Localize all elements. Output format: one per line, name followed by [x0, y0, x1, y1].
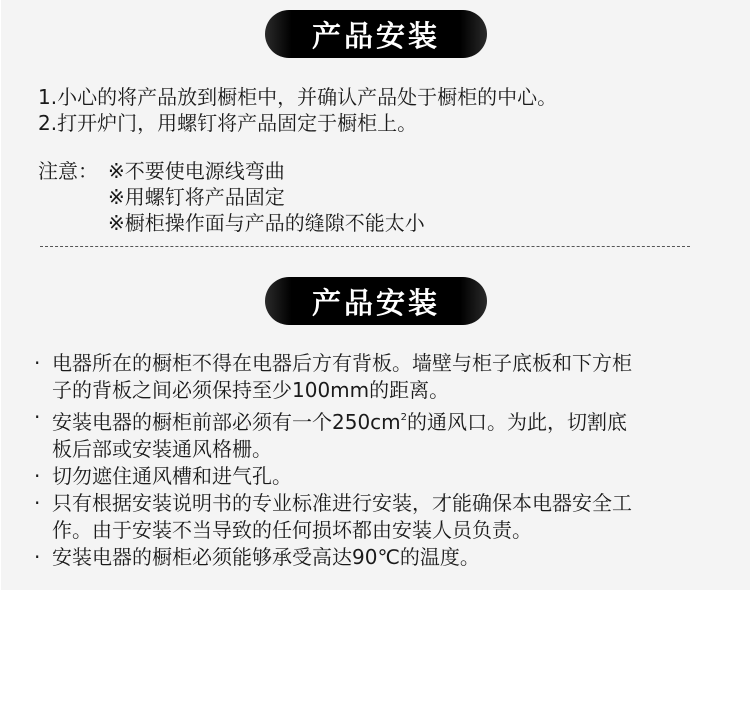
- list-item-text: 只有根据安装说明书的专业标准进行安装，才能确保本电器安全工: [52, 491, 632, 515]
- list-item-text: 安装电器的橱柜必须能够承受高达90℃的温度。: [52, 544, 702, 571]
- dashed-divider: [40, 246, 690, 247]
- bullet-icon: ·: [34, 544, 52, 571]
- section-title-badge: 产品安装: [265, 10, 487, 58]
- list-item-text: 安装电器的橱柜前部必须有一个250cm: [52, 410, 401, 434]
- list-item-text: 电器所在的橱柜不得在电器后方有背板。墙壁与柜子底板和下方柜: [52, 351, 632, 375]
- note-item: ※用螺钉将产品固定: [38, 184, 425, 210]
- step-item: 2.打开炉门，用螺钉将产品固定于橱柜上。: [38, 110, 557, 136]
- bullet-icon: ·: [34, 490, 52, 544]
- bullet-icon: ·: [34, 463, 52, 490]
- install-requirements-list: · 电器所在的橱柜不得在电器后方有背板。墙壁与柜子底板和下方柜 子的背板之间必须…: [34, 350, 702, 571]
- bullet-icon: ·: [34, 404, 52, 463]
- notes-block: 注意： ※不要使电源线弯曲 ※用螺钉将产品固定 ※橱柜操作面与产品的缝隙不能太小: [38, 158, 425, 236]
- list-item: · 切勿遮住通风槽和进气孔。: [34, 463, 702, 490]
- section-title: 产品安装: [312, 281, 440, 322]
- list-item-text: 作。由于安装不当导致的任何损坏都由安装人员负责。: [52, 518, 532, 542]
- note-label: 注意：: [38, 158, 108, 184]
- list-item: · 安装电器的橱柜前部必须有一个250cm2的通风口。为此，切割底 板后部或安装…: [34, 404, 702, 463]
- list-item: · 只有根据安装说明书的专业标准进行安装，才能确保本电器安全工 作。由于安装不当…: [34, 490, 702, 544]
- list-item-text: 切勿遮住通风槽和进气孔。: [52, 463, 702, 490]
- list-item-text: 板后部或安装通风格栅。: [52, 437, 272, 461]
- step-item: 1.小心的将产品放到橱柜中，并确认产品处于橱柜的中心。: [38, 84, 557, 110]
- list-item-text: 的通风口。为此，切割底: [407, 410, 627, 434]
- bullet-icon: ·: [34, 350, 52, 404]
- section-title: 产品安装: [312, 14, 440, 55]
- list-item: · 电器所在的橱柜不得在电器后方有背板。墙壁与柜子底板和下方柜 子的背板之间必须…: [34, 350, 702, 404]
- list-item: · 安装电器的橱柜必须能够承受高达90℃的温度。: [34, 544, 702, 571]
- note-item: ※橱柜操作面与产品的缝隙不能太小: [38, 210, 425, 236]
- note-item: ※不要使电源线弯曲: [108, 158, 285, 184]
- list-item-text: 子的背板之间必须保持至少100mm的距离。: [52, 378, 449, 402]
- section-title-badge: 产品安装: [265, 277, 487, 325]
- install-steps: 1.小心的将产品放到橱柜中，并确认产品处于橱柜的中心。 2.打开炉门，用螺钉将产…: [38, 84, 557, 136]
